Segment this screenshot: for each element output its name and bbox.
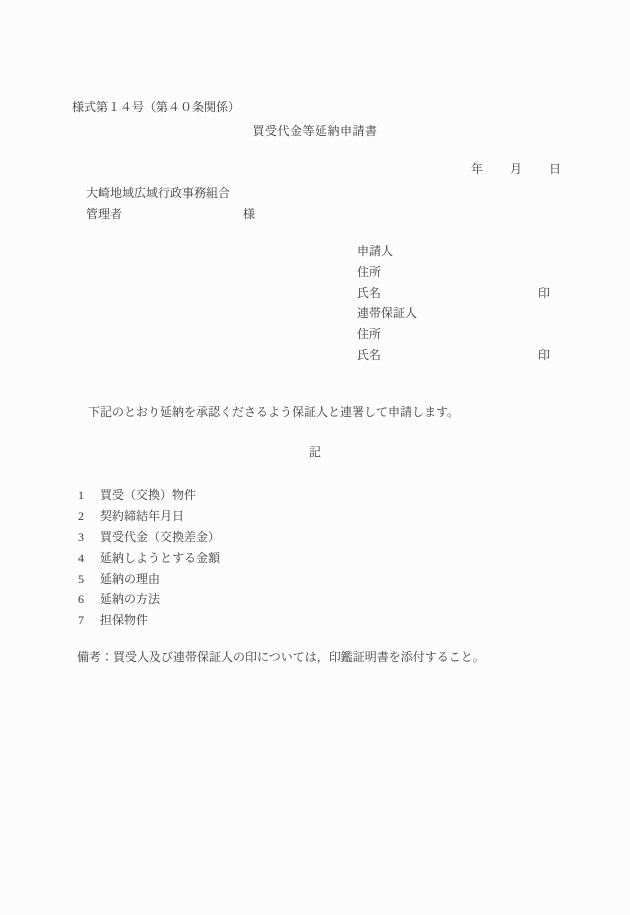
item-label: 担保物件	[100, 613, 148, 627]
guarantor-heading-row: 連帯保証人	[357, 303, 587, 324]
guarantor-seal-label: 印	[538, 345, 550, 366]
applicant-address-label: 住所	[357, 265, 381, 279]
applicant-seal-label: 印	[538, 283, 550, 304]
signer-block: 申請人 住所 氏名 印 連帯保証人 住所 氏名 印	[357, 241, 587, 366]
applicant-heading-row: 申請人	[357, 241, 587, 262]
form-number: 様式第１４号（第４０条関係）	[72, 98, 240, 115]
item-label: 延納の方法	[100, 592, 160, 606]
item-number: 6	[78, 589, 100, 610]
item-number: 5	[78, 569, 100, 590]
item-label: 延納の理由	[100, 572, 160, 586]
guarantor-address-row: 住所	[357, 324, 587, 345]
month-label: 月	[510, 160, 522, 177]
item-label: 延納しようとする金額	[100, 551, 220, 565]
item-label: 買受（交換）物件	[100, 488, 196, 502]
item-number: 3	[78, 527, 100, 548]
item-number: 4	[78, 548, 100, 569]
manager-label: 管理者	[86, 207, 122, 221]
item-row: 6延納の方法	[78, 589, 220, 610]
item-number: 2	[78, 506, 100, 527]
item-label: 契約締結年月日	[100, 509, 184, 523]
date-line: 年 月 日	[471, 160, 561, 177]
guarantor-name-row: 氏名 印	[357, 345, 587, 366]
guarantor-address-label: 住所	[357, 327, 381, 341]
addressee-role-line: 管理者様	[86, 205, 255, 222]
page-title: 買受代金等延納申請書	[0, 122, 630, 139]
day-label: 日	[549, 160, 561, 177]
items-list: 1買受（交換）物件 2契約締結年月日 3買受代金（交換差金） 4延納しようとする…	[78, 485, 220, 631]
honorific-label: 様	[243, 207, 255, 221]
applicant-heading: 申請人	[357, 244, 393, 258]
applicant-name-row: 氏名 印	[357, 283, 587, 304]
item-row: 5延納の理由	[78, 569, 220, 590]
item-row: 1買受（交換）物件	[78, 485, 220, 506]
item-row: 7担保物件	[78, 610, 220, 631]
addressee-organization: 大崎地域広域行政事務組合	[86, 184, 230, 201]
body-text: 下記のとおり延納を承認くださるよう保証人と連署して申請します。	[88, 403, 459, 420]
applicant-name-label: 氏名	[357, 286, 381, 300]
item-number: 7	[78, 610, 100, 631]
guarantor-name-label: 氏名	[357, 348, 381, 362]
applicant-address-row: 住所	[357, 262, 587, 283]
remarks-note: 備考：買受人及び連帯保証人の印については，印鑑証明書を添付すること。	[77, 648, 485, 665]
item-row: 3買受代金（交換差金）	[78, 527, 220, 548]
item-row: 4延納しようとする金額	[78, 548, 220, 569]
guarantor-heading: 連帯保証人	[357, 306, 417, 320]
item-row: 2契約締結年月日	[78, 506, 220, 527]
item-number: 1	[78, 485, 100, 506]
application-form-document: 様式第１４号（第４０条関係） 買受代金等延納申請書 年 月 日 大崎地域広域行政…	[0, 0, 630, 915]
item-label: 買受代金（交換差金）	[100, 530, 220, 544]
year-label: 年	[471, 160, 483, 177]
list-header: 記	[0, 443, 630, 460]
